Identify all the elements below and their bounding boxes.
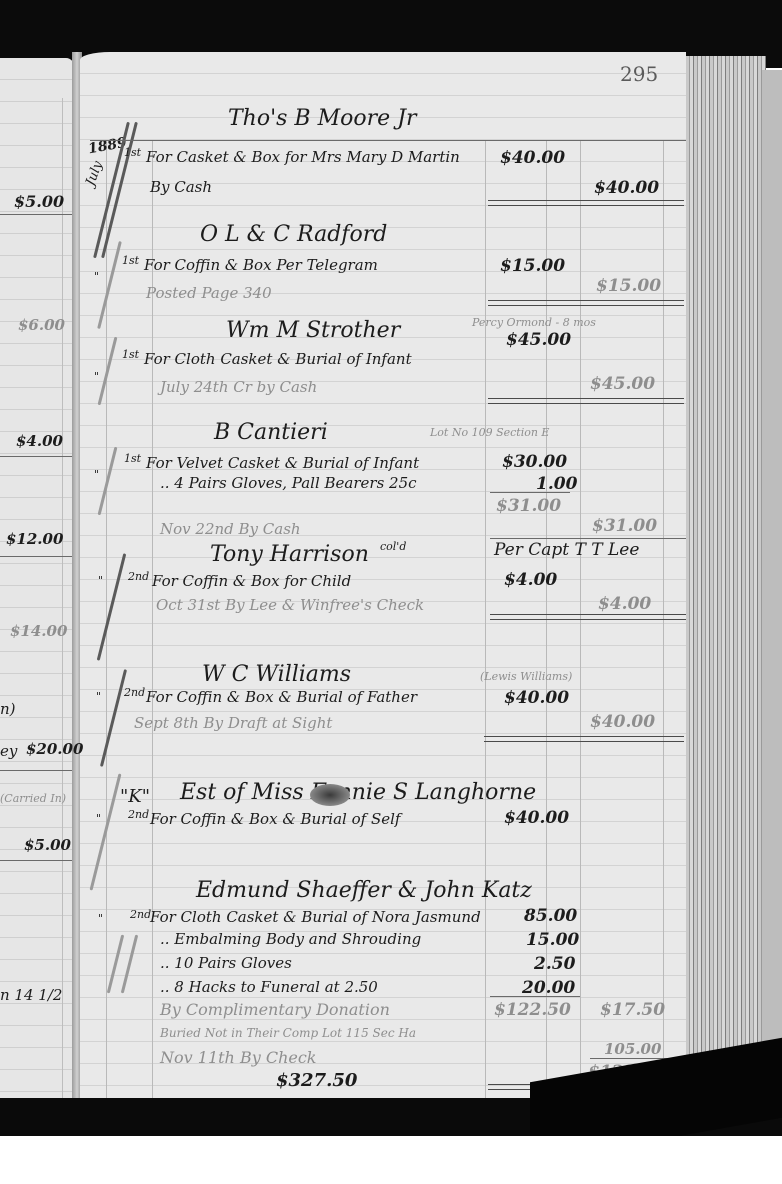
left-fragment: ey (0, 742, 17, 760)
entry-line: .. Embalming Body and Shrouding (160, 930, 421, 948)
ink-stain (310, 784, 350, 806)
line-amount: 20.00 (522, 978, 575, 998)
line-amount: 85.00 (524, 906, 577, 926)
left-amount: $5.00 (14, 192, 64, 211)
line-amount: 15.00 (526, 930, 579, 950)
left-fragment: n 14 1/2 (0, 986, 62, 1004)
credit-note: By Cash (150, 178, 212, 196)
credit-amount: $40.00 (594, 178, 659, 198)
via-note: Per Capt T T Lee (494, 540, 639, 560)
credit-amount: $45.00 (590, 374, 655, 394)
entry-line: For Velvet Casket & Burial of Infant (146, 454, 419, 472)
credit-note: Oct 31st By Lee & Winfree's Check (156, 596, 424, 614)
line-amount: 2.50 (534, 954, 575, 974)
entry-line: For Casket & Box for Mrs Mary D Martin (146, 148, 460, 166)
credit-note: Sept 8th By Draft at Sight (134, 714, 332, 732)
line-amount: $30.00 (502, 452, 567, 472)
line-amount: 1.00 (536, 474, 577, 494)
account-name: Tho's B Moore Jr (228, 106, 416, 131)
scan-white-margin (0, 1136, 782, 1184)
entry-line: For Coffin & Box & Burial of Father (146, 688, 417, 706)
credit-note: Posted Page 340 (146, 284, 272, 302)
ditto-mark: " (94, 370, 99, 383)
debit-amount: $40.00 (504, 808, 569, 828)
left-amount: $14.00 (10, 622, 67, 640)
credit-amount: $4.00 (598, 594, 651, 614)
entry-line: .. 10 Pairs Gloves (160, 954, 292, 972)
credit-note: By Complimentary Donation (160, 1000, 390, 1019)
credit-amount: 105.00 (604, 1040, 661, 1058)
left-fragment: n) (0, 700, 16, 718)
book-cover-edge (762, 70, 782, 1090)
account-name: Tony Harrison (210, 542, 369, 567)
entry-day: 1st (122, 348, 139, 361)
account-name: Est of Miss Fannie S Langhorne (180, 780, 536, 805)
account-name: O L & C Radford (200, 222, 387, 247)
entry-line: For Coffin & Box & Burial of Self (150, 810, 400, 828)
debit-amount: $122.50 (494, 1000, 571, 1020)
entry-line: For Cloth Casket & Burial of Nora Jasmun… (150, 908, 481, 926)
account-name: Wm M Strother (226, 318, 400, 343)
left-amount: $6.00 (18, 316, 65, 334)
entry-day: 2nd (128, 808, 149, 821)
entry-line: For Coffin & Box for Child (152, 572, 351, 590)
page-edges (686, 56, 766, 1100)
debit-amount: $45.00 (506, 330, 571, 350)
page-total: $327.50 (276, 1070, 357, 1091)
entry-day: 2nd (130, 908, 151, 921)
left-amount: $12.00 (6, 530, 63, 548)
credit-amount: $17.50 (600, 1000, 665, 1020)
credit-note: July 24th Cr by Cash (160, 378, 317, 396)
ditto-mark: " (94, 468, 99, 481)
ditto-mark: " (96, 690, 101, 703)
entry-line: For Cloth Casket & Burial of Infant (144, 350, 412, 368)
credit-amount: $15.00 (596, 276, 661, 296)
left-amount: $5.00 (24, 836, 71, 854)
credit-note: Nov 22nd By Cash (160, 520, 301, 538)
debit-amount: $31.00 (496, 496, 561, 516)
debit-amount: $4.00 (504, 570, 557, 590)
entry-line: For Coffin & Box Per Telegram (144, 256, 378, 274)
entry-line: .. 8 Hacks to Funeral at 2.50 (160, 978, 378, 996)
left-fragment: (Carried In) (0, 792, 66, 805)
margin-note: Lot No 109 Section E (430, 426, 549, 439)
credit-amount: $40.00 (590, 712, 655, 732)
margin-note: Percy Ormond - 8 mos (472, 316, 596, 329)
entry-day: 2nd (128, 570, 149, 583)
entry-day: 1st (124, 146, 141, 159)
entry-day: 2nd (124, 686, 145, 699)
account-name: W C Williams (202, 662, 351, 687)
page-number: 295 (620, 62, 658, 86)
entry-prefix: "K" (120, 786, 150, 807)
ditto-mark: " (94, 270, 99, 283)
margin-note: (Lewis Williams) (480, 670, 572, 683)
account-name: B Cantieri (214, 420, 328, 445)
name-note: col'd (380, 540, 406, 553)
credit-note: Nov 11th By Check (160, 1048, 317, 1067)
entry-line: .. 4 Pairs Gloves, Pall Bearers 25c (160, 474, 417, 492)
credit-note: Buried Not in Their Comp Lot 115 Sec Ha (160, 1026, 416, 1040)
entry-day: 1st (122, 254, 139, 267)
debit-amount: $40.00 (500, 148, 565, 168)
credit-amount: $31.00 (592, 516, 657, 536)
account-name: Edmund Shaeffer & John Katz (196, 878, 532, 903)
debit-amount: $15.00 (500, 256, 565, 276)
ditto-mark: " (98, 574, 103, 587)
ditto-mark: " (98, 912, 103, 925)
debit-amount: $40.00 (504, 688, 569, 708)
ditto-mark: " (96, 812, 101, 825)
left-amount: $20.00 (26, 740, 83, 758)
left-amount: $4.00 (16, 432, 63, 450)
entry-day: 1st (124, 452, 141, 465)
